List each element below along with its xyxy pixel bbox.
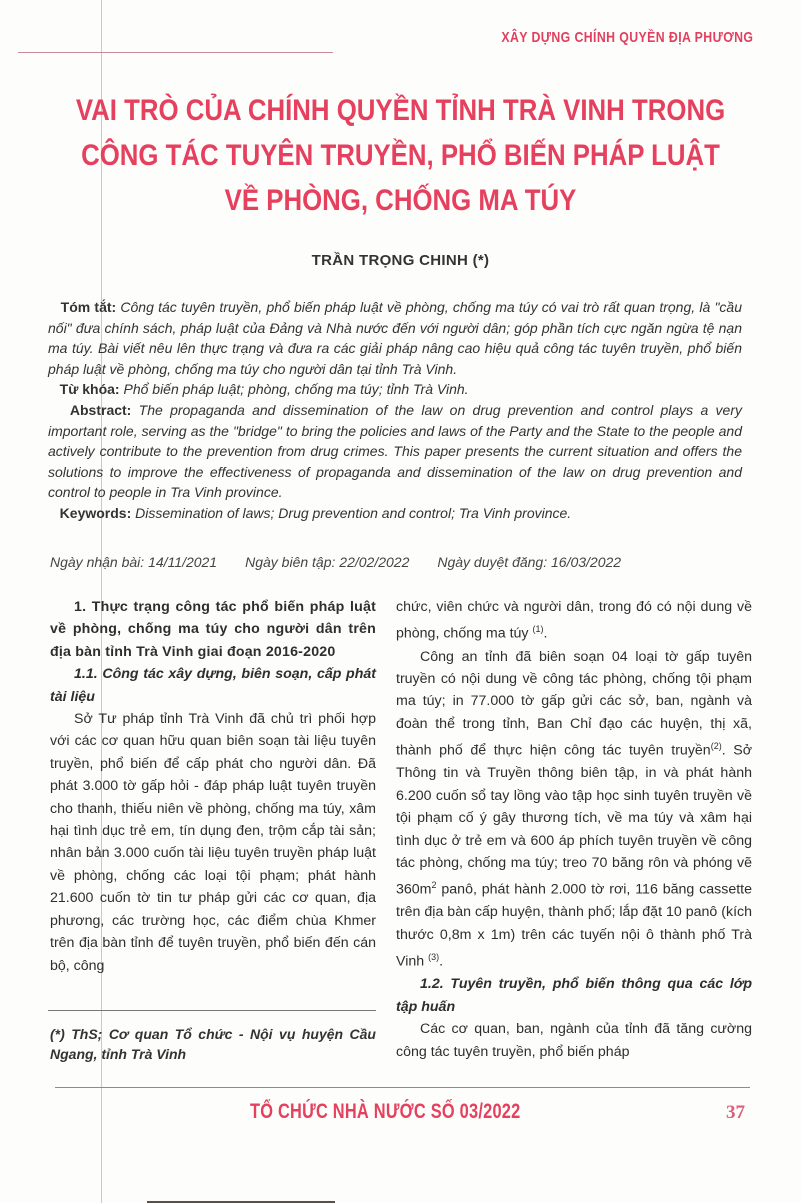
- paragraph-2b-text: . Sở Thông tin và Truyền thông biên tập,…: [396, 743, 752, 898]
- section-1-2-heading: 1.2. Tuyên truyền, phổ biến thông qua cá…: [396, 973, 752, 1018]
- tom-tat-text: Công tác tuyên truyền, phổ biến pháp luậ…: [48, 299, 742, 377]
- date-received: Ngày nhận bài: 14/11/2021: [50, 554, 217, 570]
- article-author: TRẦN TRỌNG CHINH (*): [0, 252, 801, 269]
- footnote-ref-1: (1): [532, 624, 543, 634]
- section-1-heading: 1. Thực trạng công tác phổ biến pháp luậ…: [50, 596, 376, 663]
- paragraph-3: Các cơ quan, ban, ngành của tỉnh đã tăng…: [396, 1018, 752, 1063]
- article-title: VAI TRÒ CỦA CHÍNH QUYỀN TỈNH TRÀ VINH TR…: [20, 88, 781, 223]
- tu-khoa-text: Phổ biến pháp luật; phòng, chống ma túy;…: [123, 381, 468, 397]
- footnote-rule: [48, 1010, 376, 1011]
- article-dates: Ngày nhận bài: 14/11/2021 Ngày biên tập:…: [50, 554, 750, 570]
- tom-tat-label: Tóm tắt:: [61, 299, 117, 315]
- author-footnote: (*) ThS; Cơ quan Tổ chức - Nội vụ huyện …: [50, 1024, 376, 1064]
- body-column-right: chức, viên chức và người dân, trong đó c…: [396, 596, 752, 1063]
- paragraph-2c-text: panô, phát hành 2.000 tờ rơi, 116 băng c…: [396, 882, 752, 970]
- date-approved: Ngày duyệt đăng: 16/03/2022: [437, 554, 621, 570]
- abstract-text: The propaganda and dissemination of the …: [48, 402, 742, 500]
- tom-tat: Tóm tắt: Công tác tuyên truyền, phổ biến…: [48, 297, 742, 379]
- running-header-title: XÂY DỰNG CHÍNH QUYỀN ĐỊA PHƯƠNG: [501, 29, 753, 46]
- title-line-2: CÔNG TÁC TUYÊN TRUYỀN, PHỔ BIẾN PHÁP LUẬ…: [73, 133, 727, 178]
- section-1-1-heading: 1.1. Công tác xây dựng, biên soạn, cấp p…: [50, 663, 376, 708]
- header-rule: [18, 52, 333, 53]
- paragraph-1: Sở Tư pháp tỉnh Trà Vinh đã chủ trì phối…: [50, 708, 376, 977]
- title-line-1: VAI TRÒ CỦA CHÍNH QUYỀN TỈNH TRÀ VINH TR…: [73, 88, 727, 133]
- paragraph-2a-text: Công an tỉnh đã biên soạn 04 loại tờ gấp…: [396, 649, 752, 759]
- footer-rule: [55, 1087, 750, 1088]
- abstract-block: Tóm tắt: Công tác tuyên truyền, phổ biến…: [48, 297, 742, 524]
- paragraph-1-continued: chức, viên chức và người dân, trong đó c…: [396, 596, 752, 646]
- tu-khoa: Từ khóa: Phổ biến pháp luật; phòng, chốn…: [48, 379, 742, 400]
- footnote-ref-3: (3): [428, 952, 439, 962]
- keywords-label: Keywords:: [60, 505, 132, 521]
- page-number: 37: [726, 1102, 745, 1124]
- magazine-issue-title: TỔ CHỨC NHÀ NƯỚC SỐ 03/2022: [250, 1100, 520, 1124]
- tu-khoa-label: Từ khóa:: [60, 381, 120, 397]
- footnote-ref-2: (2): [711, 741, 722, 751]
- title-line-3: VỀ PHÒNG, CHỐNG MA TÚY: [73, 178, 727, 223]
- date-edited: Ngày biên tập: 22/02/2022: [245, 554, 409, 570]
- paragraph-2: Công an tỉnh đã biên soạn 04 loại tờ gấp…: [396, 646, 752, 974]
- paragraph-1-cont-text: chức, viên chức và người dân, trong đó c…: [396, 599, 752, 642]
- abstract-label: Abstract:: [70, 402, 131, 418]
- keywords-text: Dissemination of laws; Drug prevention a…: [135, 505, 571, 521]
- body-column-left: 1. Thực trạng công tác phổ biến pháp luậ…: [50, 596, 376, 977]
- keywords-en: Keywords: Dissemination of laws; Drug pr…: [48, 503, 742, 524]
- abstract-en: Abstract: The propaganda and disseminati…: [48, 400, 742, 503]
